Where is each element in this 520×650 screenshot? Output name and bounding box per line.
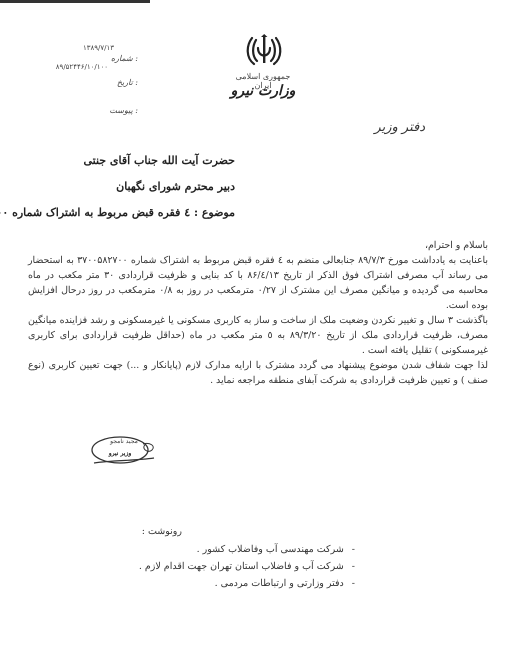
attachment-label: پیوست :: [109, 106, 138, 115]
cc-item-text: شرکت مهندسی آب وفاضلاب کشور .: [197, 544, 344, 555]
signature-title: وزیر نیرو: [108, 450, 132, 457]
iran-emblem-icon: [244, 34, 284, 70]
signature-stamp: مجید نامجو وزیر نیرو: [88, 430, 158, 466]
cc-item-text: دفتر وزارتی و ارتباطات مردمی .: [215, 578, 344, 589]
bullet-dash: -: [352, 561, 355, 572]
cc-item: -شرکت مهندسی آب وفاضلاب کشور .: [197, 544, 355, 555]
recipient-name: حضرت آیت الله جناب آقای جنتی: [84, 154, 236, 167]
letter-page: جمهوری اسلامی ایران وزارت نیرو ۱۳۸۹/۷/۱۳…: [0, 0, 520, 650]
recipient-title: دبیر محترم شورای نگهبان: [116, 180, 235, 193]
paragraph-3: لذا جهت شفاف شدن موضوع پیشنهاد می گردد م…: [28, 358, 488, 388]
cc-item: -دفتر وزارتی و ارتباطات مردمی .: [215, 578, 355, 589]
paragraph-1: باعنایت به یادداشت مورخ ۸۹/۷/۳ جنابعالی …: [28, 253, 488, 313]
cc-item: -شرکت آب و فاضلاب استان تهران جهت اقدام …: [139, 561, 355, 572]
bullet-dash: -: [352, 544, 355, 555]
office-title: دفتر وزیر: [374, 120, 425, 135]
date-value: ۱۳۸۹/۷/۱۳: [83, 44, 114, 52]
date-label: تاریخ :: [117, 78, 138, 87]
bullet-dash: -: [352, 578, 355, 589]
number-value: ۸۹/۵۲۴۴۶/۱۰/۱۰۰: [56, 63, 108, 71]
paragraph-2: باگذشت ۳ سال و تغییر نکردن وضعیت ملک از …: [28, 313, 488, 358]
signature-name: مجید نامجو: [109, 438, 138, 445]
org-name-ministry: وزارت نیرو: [222, 83, 304, 99]
number-label: شماره :: [111, 54, 138, 63]
letter-body: باسلام و احترام، باعنایت به یادداشت مورخ…: [28, 238, 488, 388]
cc-title: رونوشت :: [142, 526, 182, 537]
letter-subject: موضوع : ٤ فقره قبض مربوط به اشتراک شماره…: [0, 206, 235, 219]
cc-item-text: شرکت آب و فاضلاب استان تهران جهت اقدام ل…: [139, 561, 344, 572]
greeting: باسلام و احترام،: [28, 238, 488, 253]
